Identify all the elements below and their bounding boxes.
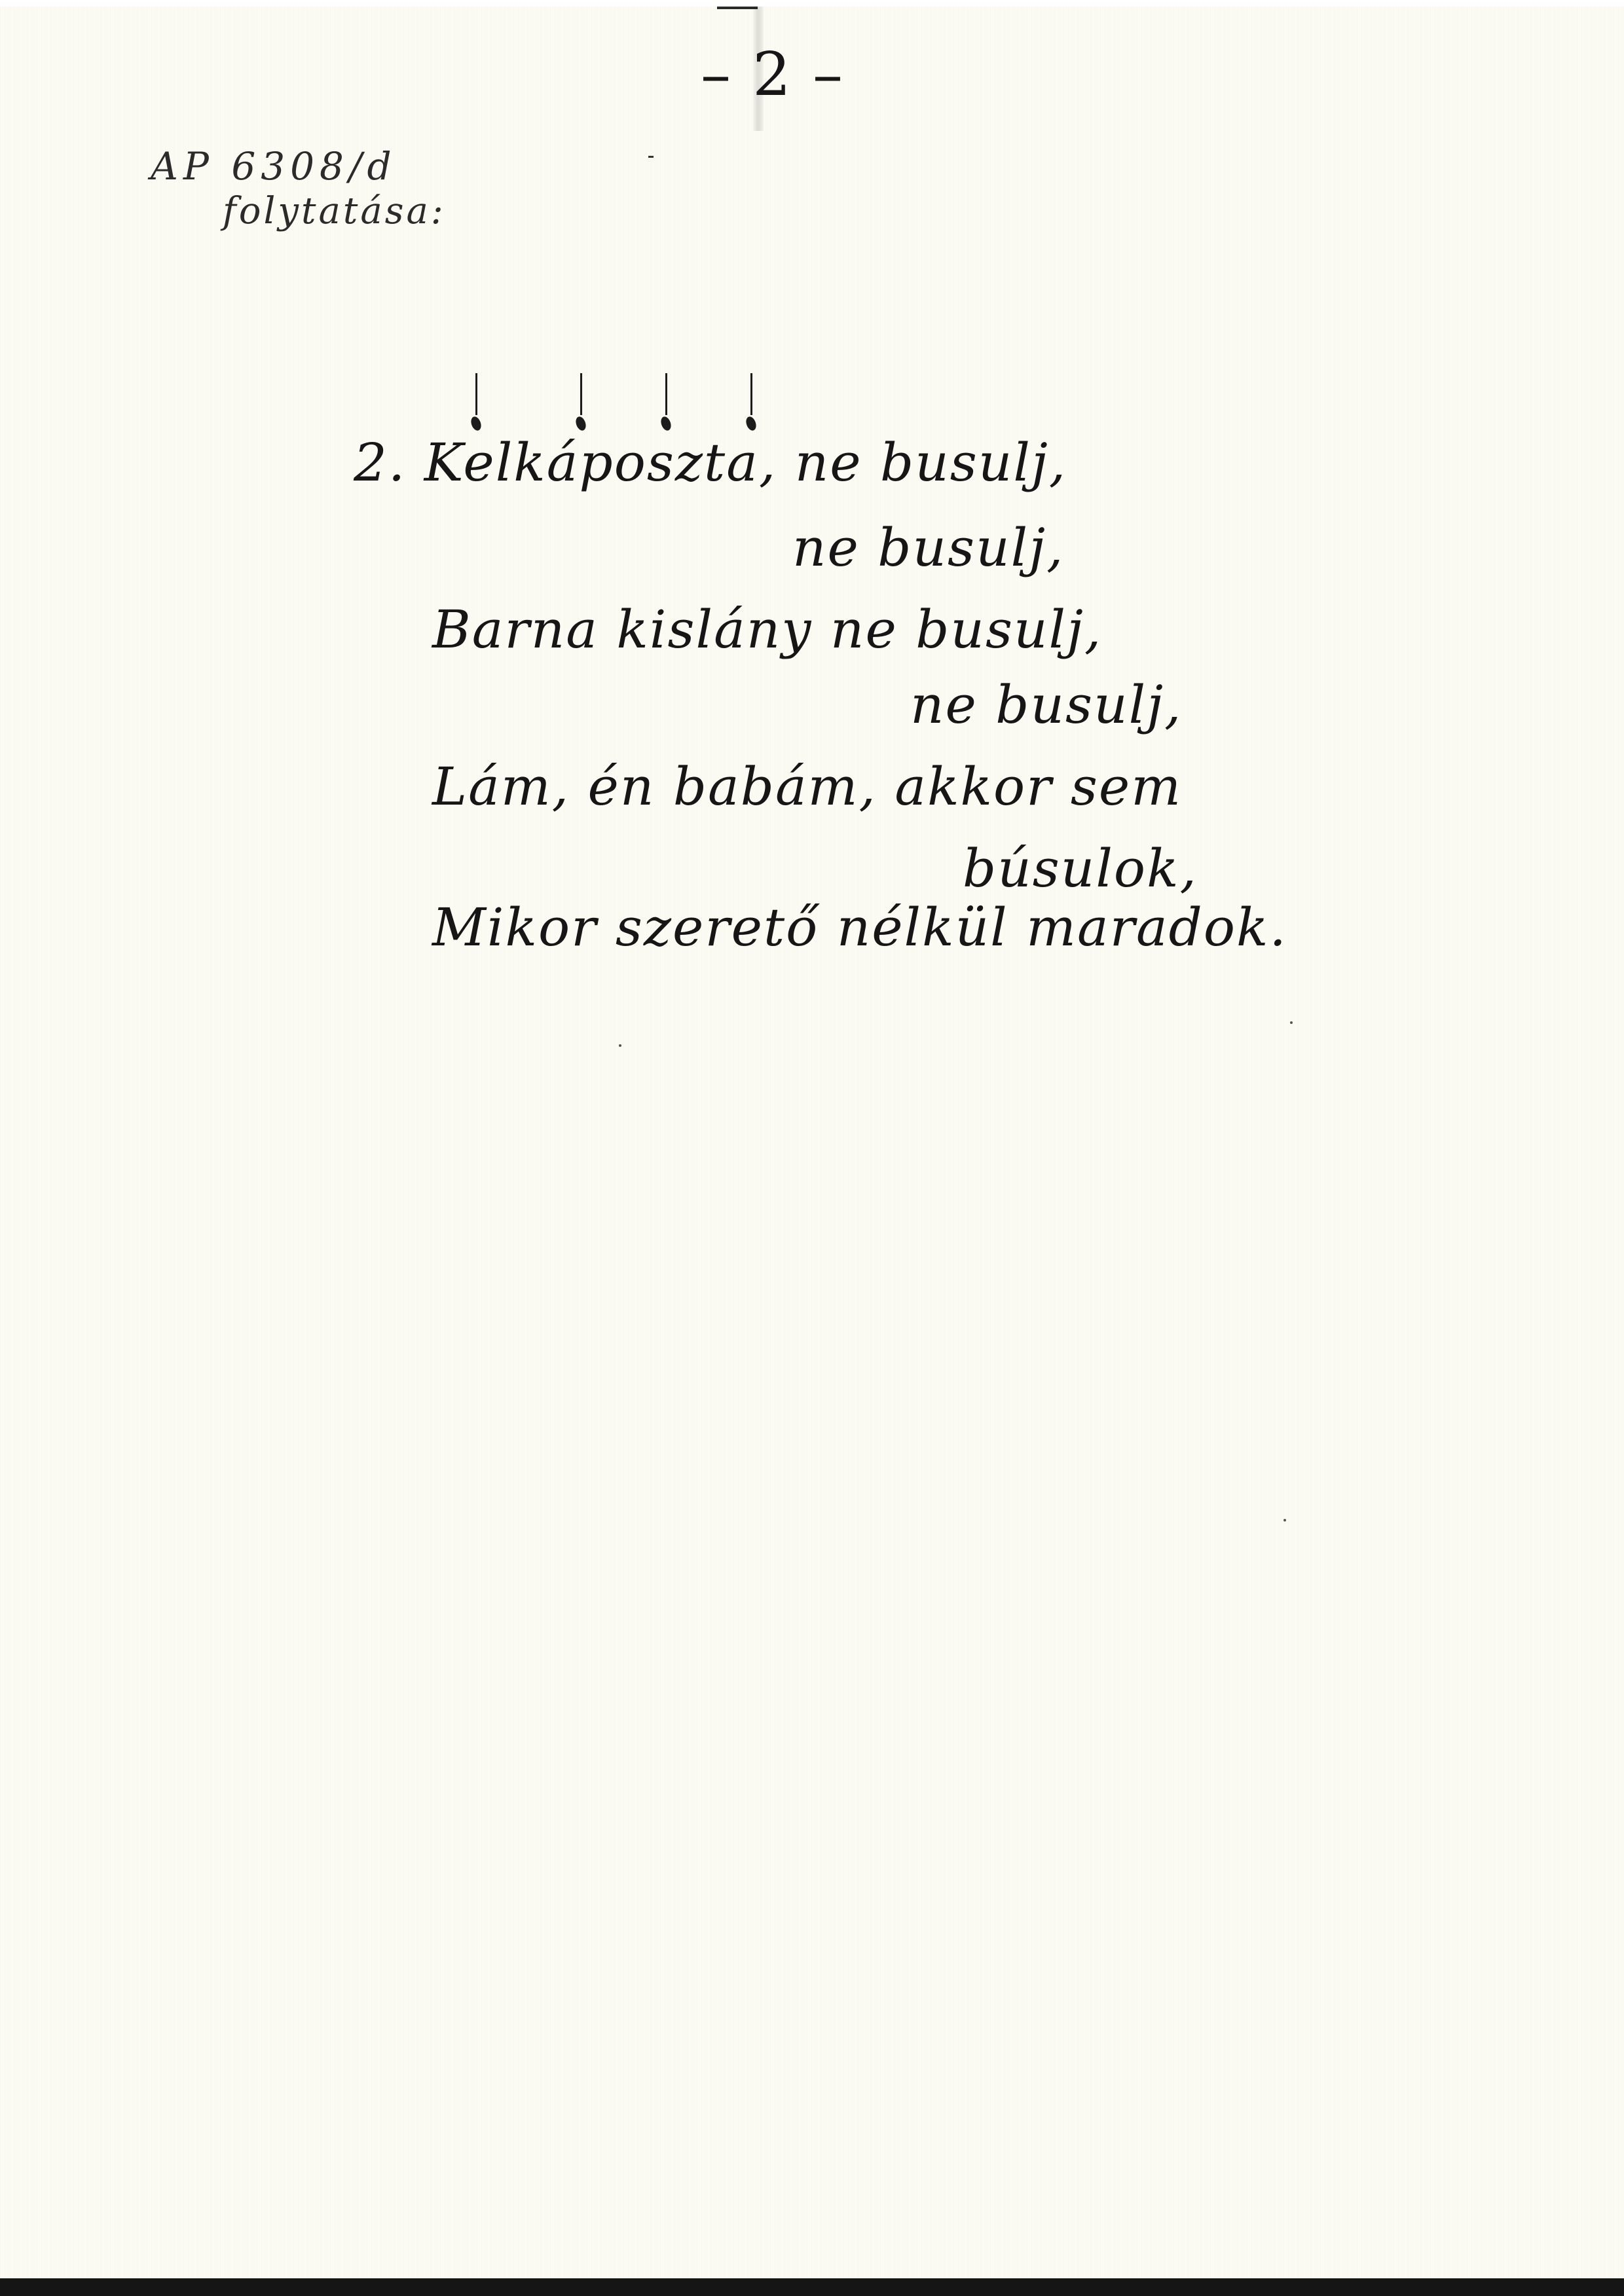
scan-top-margin (0, 0, 1624, 7)
fold-mark (717, 7, 758, 9)
quarter-note-icon (661, 373, 671, 439)
stray-ink-mark (648, 156, 654, 158)
verse-line-1: 2. Kelkáposzta, ne busulj, (354, 432, 1067, 493)
quarter-note-icon (471, 373, 481, 439)
paper-speck (1290, 1021, 1293, 1024)
verse-line-3: Lám, én babám, akkor sem (432, 756, 1182, 817)
verse-line-2: Barna kislány ne busulj, (432, 599, 1102, 660)
scanned-page: – 2 – AP 6308/d folytatása: 2. Kelkáposz… (0, 0, 1624, 2278)
paper-speck (1283, 1519, 1286, 1522)
verse-line-1-continuation: ne busulj, (792, 517, 1064, 578)
quarter-note-icon (576, 373, 585, 439)
paper-speck (619, 1044, 621, 1047)
verse-line-2-continuation: ne busulj, (910, 674, 1182, 735)
quarter-note-icon (747, 373, 756, 439)
scan-bottom-edge (0, 2278, 1624, 2296)
page-number: – 2 – (701, 39, 844, 109)
verse-line-3-continuation: búsulok, (963, 838, 1198, 899)
archive-reference: AP 6308/d (151, 144, 397, 189)
verse-line-4: Mikor szerető nélkül maradok. (432, 897, 1287, 958)
continuation-label: folytatása: (223, 190, 446, 232)
